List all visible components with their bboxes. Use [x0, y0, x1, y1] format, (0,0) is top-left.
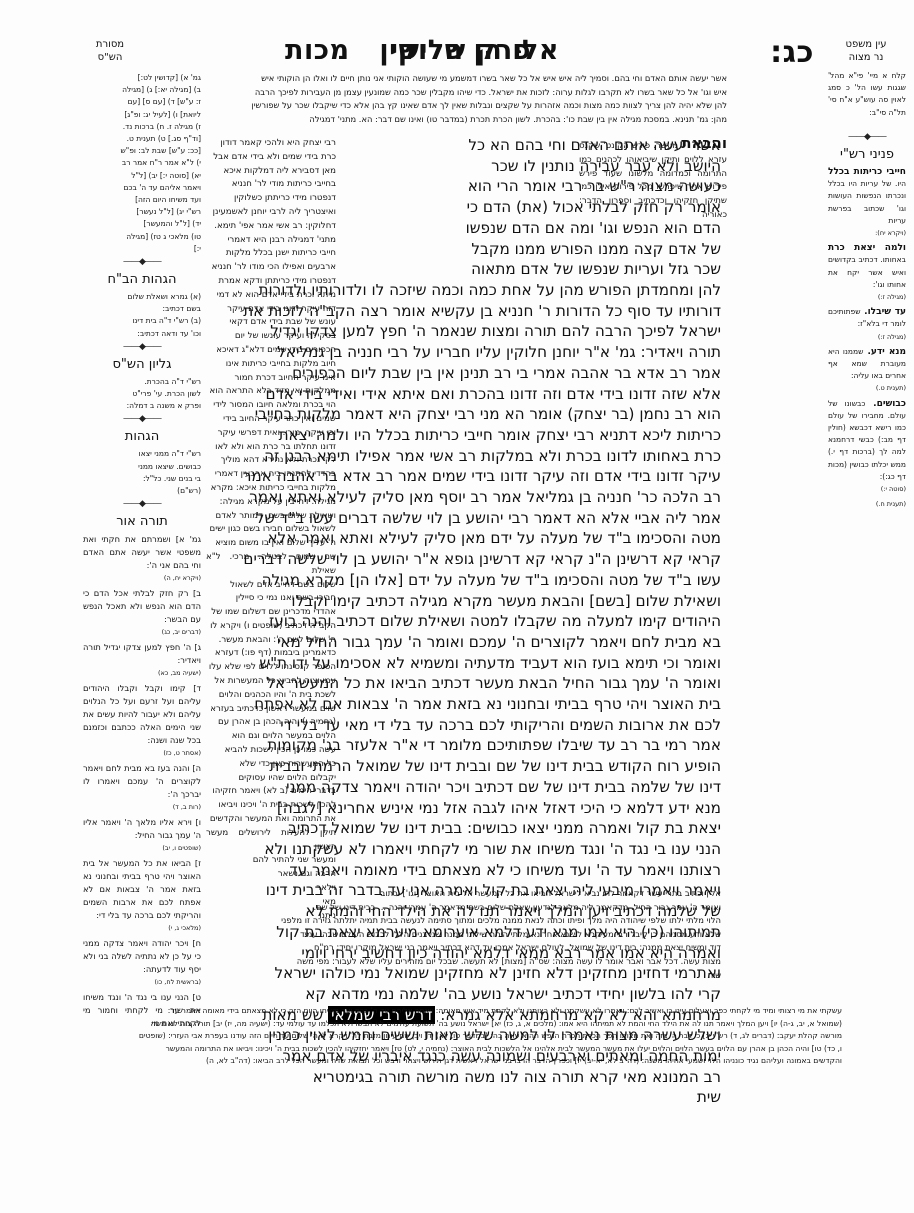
footnotes: עשקתי את מי רצותי ומיד מי לקחתי כפר ואעל…	[82, 1005, 842, 1068]
bottom-commentary-line: מצות עשה. דכל אבר ואבר אומר לו עשה מצוה:…	[207, 955, 721, 969]
hashas-title: הש"ס	[75, 51, 145, 64]
pninei-rashi-title: פניני רש"י	[828, 146, 906, 164]
masoret-line: יד) [ל"ל והמעשר]	[83, 218, 201, 230]
torah-or-entry: ה] והנה בעז בא מבית לחם ויאמר לקוצרים ה'…	[83, 762, 201, 814]
gilyon-line: לשון הכרת. עי' פרי"ט	[83, 388, 201, 400]
masoret-title: מסורת	[75, 38, 145, 51]
verse-reference: (דברים יב, כג)	[83, 626, 201, 639]
entry-reference: (מגילה ז:)	[828, 331, 906, 343]
tosafot-line: מאן דסבירא ליה דמלקות איכא	[206, 165, 336, 179]
torah-or-entry: גמ' א] ושמרתם את חקתי ואת משפטי אשר יעשה…	[83, 533, 201, 585]
gemara-line: דינו של שלמה בבית דינו של שם דכתיב ויכר …	[207, 777, 721, 798]
masoret-line: י) ל"א אמר ר"ח אמר רב	[83, 157, 201, 169]
top-commentary-line: איש וגו' אל כל שאר בשרו לא תקרבו לגלות ע…	[207, 86, 727, 100]
pninei-rashi: פניני רש"י חייבי כריתות בכלל היו. של ערי…	[828, 130, 906, 513]
bottom-commentary-line: אלין וכתיב בתרי עשר דקאמר להו נביא לישרא…	[207, 887, 721, 901]
page-number: כג:	[770, 35, 814, 70]
bottom-commentary-line: הלוי מלתי ילתו שלפי שיהודה היה מלך ופיתו…	[207, 914, 721, 928]
tosafot-line: דנפטרו מידי כריתתן כשלוקין	[206, 192, 336, 206]
bottom-commentary-line: דוד ומשיח יצאת ממנה: בית דינו של שמואל. …	[207, 941, 721, 955]
ornament-divider	[83, 497, 201, 511]
entry-reference: (סוטה י:)	[828, 483, 906, 495]
gemara-line: עשו ב"ד של מטה והסכימו ב"ד של מעלה על יד…	[207, 570, 721, 591]
torah-or-notes: גמ' א] ושמרתם את חקתי ואת משפטי אשר יעשה…	[83, 533, 201, 1030]
ein-mishpat-title: עין משפט	[826, 38, 906, 51]
ein-mishpat-label: עין משפט נר מצוה	[826, 38, 906, 64]
pninei-rashi-entry: עד שיבלו. שפתותיכם לומר די בלא"ז:(מגילה …	[828, 306, 906, 343]
bottom-commentary: אלין וכתיב בתרי עשר דקאמר להו נביא לישרא…	[207, 887, 721, 982]
gemara-line: רב המנונא מאי קרא תורה צוה לנו משה מורשה…	[207, 1067, 721, 1088]
entry-lead: מנא ידע.	[863, 347, 906, 357]
entry-reference: (תענית ח.)	[828, 498, 906, 510]
masoret-line: טו) מלאכי ג טז) [מגילה	[83, 231, 201, 243]
tosafot-line: כרת בידי שמים ולא בידי אדם אבל	[206, 151, 336, 165]
hagahot-notes: רש"י ד"ה ממני יצאוכבושים. שיצאו ממניבי ב…	[83, 448, 201, 497]
gemara-line: לכם את ארובות השמים והריקותי לכם ברכה עד…	[207, 715, 721, 736]
torah-or-title: תורה אור	[83, 513, 201, 531]
gemara-line: אמר רב אדא בר אהבה אמרי בי רב תנינן אין …	[207, 363, 721, 384]
gemara-line: מטה והסכימו ב"ד של מעלה על ידם מאן סליק …	[207, 528, 721, 549]
verse-reference: (ישעיה מב, כא)	[83, 667, 201, 680]
gemara-block-main: להן ומחמדתן הפורש מהן על אחת כמה וכמה שי…	[207, 280, 721, 1108]
tosafot-line: ואיצטריך ליה לרבי יוחנן לאשמעינן	[206, 206, 336, 220]
top-commentary-line: להן שלא יהיה להן צריך לצוות כמה מצות וכמ…	[207, 99, 727, 113]
hagahot-line: רש"י ד"ה ממני יצאו	[83, 448, 201, 460]
footnote-line: והקדשים באמונה ועליהם נגיד כונניהו הלוי …	[82, 1055, 842, 1068]
masoret-line: ויאמר אליהם עד ה' בכם	[83, 182, 201, 194]
torah-or-entry: ז] הביאו את כל המעשר אל בית האוצר ויהי ט…	[83, 857, 201, 935]
gemara-line: הדם הוא הנפש וגו' ומה אם הדם שנפשו	[345, 218, 721, 239]
pninei-rashi-entry: מנא ידע. שממנו היא מעוברת שמא אף אחרים ב…	[828, 346, 906, 395]
hagahot-line: (רש"ם)	[83, 485, 201, 497]
tosafot-line: בחייבי כריתות מודי לר' חנניא	[206, 178, 336, 192]
gemara-line: תורה ויאדיר: גמ' א"ר יוחנן חלוקין עליו ח…	[207, 342, 721, 363]
torah-or-entry: ו] וירא אליו מלאך ה' ויאמר אליו ה' עמך ג…	[83, 816, 201, 855]
entry-lead: עד שיבלו.	[861, 307, 906, 317]
top-commentary: אשר יעשה אותם האדם וחי בהם. וסמיך ליה אי…	[207, 72, 727, 126]
ein-mishpat-note: קלח א מיי' פי"א מהל' שגגות עשו הל' כ סמג…	[828, 70, 906, 119]
masoret-line: ועד משיחו היום הזה]	[83, 194, 201, 206]
masoret-line: ז: ע"ש] ד) [עם ס] [עם	[83, 96, 201, 108]
entry-lead: ולמה יצאת כרת	[828, 243, 906, 253]
entry-reference: (ויקרא יח):	[828, 227, 906, 239]
verse-text: ה] והנה בעז בא מבית לחם ויאמר לקוצרים ה'…	[83, 762, 201, 801]
verse-text: ח] ויכר יהודה ויאמר צדקה ממני כי על כן ל…	[83, 937, 201, 976]
masoret-line: גמ' א) [קדושין לט:]	[83, 72, 201, 84]
gemara-line: אלא שזה זדונו בידי אדם וזה זדונו בהכרת ו…	[207, 384, 721, 405]
gemara-line: הופיע רוח הקודש בבית דינו של שם ובבית די…	[207, 756, 721, 777]
chapter-number: פרק שלישי	[390, 35, 531, 66]
top-commentary-line: אשר יעשה אותם האדם וחי בהם. וסמיך ליה אי…	[207, 72, 727, 86]
gemara-line: רב הלכה כר' חנניה בן גמליאל אמר רב יוסף …	[207, 487, 721, 508]
hagahot-habach-notes: (א) גמרא ושאלת שלוםבשם דכתיב:(ב) רש"י ד"…	[83, 291, 201, 340]
habach-line: וכו' עד ודאה דכתיב:	[83, 328, 201, 340]
verse-text: גמ' א] ושמרתם את חקתי ואת משפטי אשר יעשה…	[83, 533, 201, 572]
tractate-name: מכות	[285, 35, 350, 66]
gemara-line: ישראל לפיכך הרבה להם תורה ומצות שנאמר ה'…	[207, 321, 721, 342]
entry-reference: (תענית ט.)	[828, 382, 906, 394]
masoret-line: ז) מגילה ז. ח) ברכות נד.	[83, 121, 201, 133]
masoret-line: רש"י יג) [ל"ל נעשר]	[83, 206, 201, 218]
gemara-block-top: אשר יעשה אותם האדם וחי בהם הא כלהיושב ול…	[345, 135, 721, 280]
masoret-line: יא) [סוטה י:] יב) [ל"ל	[83, 170, 201, 182]
gemara-line: של אדם קצה ממנו הפורש ממנו מקבל	[345, 239, 721, 260]
footnote-line: מורשה קהלת יעקב: (דברים לג, ד) רש"י יג] …	[82, 1030, 842, 1043]
gilyon-line: ופרק א משנה ב דמלה:	[83, 400, 201, 412]
entry-text: באחותו. דכתיב בקדושים ואיש אשר יקח את אח…	[828, 255, 906, 288]
gemara-line: קראי קא דרשינן ה"נ קראי קא דרשינן גופא א…	[207, 549, 721, 570]
pninei-rashi-entry: (תענית ח.)	[828, 498, 906, 510]
torah-or-entry: ח] ויכר יהודה ויאמר צדקה ממני כי על כן ל…	[83, 937, 201, 989]
gemara-line: ואומר ה' עמך גבור החיל הבאת מעשר דכתיב ה…	[207, 673, 721, 694]
verse-text: ז] הביאו את כל המעשר אל בית האוצר ויהי ט…	[83, 857, 201, 922]
gemara-line: בית האוצר ויהי טרף בביתי ובחנוני נא בזאת…	[207, 694, 721, 715]
torah-or-entry: ב] רק חזק לבלתי אכל הדם כי הדם הוא הנפש …	[83, 587, 201, 639]
verse-reference: (בראשית לח, כו)	[83, 976, 201, 989]
gemara-line: אמר ליה אביי אלא הא דאמר רבי יהושע בן לו…	[207, 508, 721, 529]
gemara-line: שכר גזל ועריות שנפשו של אדם מתאוה	[345, 259, 721, 280]
gemara-line: שית	[207, 1087, 721, 1108]
masoret-hashas-label: מסורת הש"ס	[75, 38, 145, 64]
tosafot-line: דחלוקין: רב אשי אמר אפי' תימא.	[206, 220, 336, 234]
bottom-commentary-line: שית	[207, 969, 721, 983]
gemara-line: קרי להו בלשון יחידי דכתיב ישראל נושע בה'…	[207, 984, 721, 1005]
tosafot-line: מתני' דמגילה רבנן היא דאמרי	[206, 234, 336, 248]
verse-reference: (מלאכי ג, י)	[83, 922, 201, 935]
torah-or-entry: ד] קימו וקבל וקבלו היהודים עליהם ועל זרע…	[83, 682, 201, 760]
gemara-line: יצאת בת קול ואמרה ממני יצאו כבושים: בבית…	[207, 818, 721, 839]
masoret-line: י:]	[83, 243, 201, 255]
tosafot-line: רבי יצחק היא ולהכי קאמר דודון	[206, 137, 336, 151]
hagahot-title: הגהות	[83, 428, 201, 446]
gemara-line: הנני ענו בי נגד ה' ונגד משיחו את שור מי …	[207, 839, 721, 860]
gemara-line: כריתות ליכא דתניא רבי יצחק אומר חייבי כר…	[207, 425, 721, 446]
tosafot-line: חייבי כריתות ישנן בכלל מלקות	[206, 247, 336, 261]
pninei-rashi-entry: כבושים. כבשונו של עולם. מחבירו של עולם כ…	[828, 398, 906, 496]
masoret-line: [ככ: ע"ש] שבת לב: ופ"ש	[83, 145, 201, 157]
gemara-line: רצותנו ויאמר עד ה' ועד משיחו כי לא מצאתם…	[207, 860, 721, 881]
gilyon-hashas-notes: רש"י ד"ה בהכרת.לשון הכרת. עי' פרי"טופרק …	[83, 376, 201, 413]
gilyon-hashas-title: גליון הש"ס	[83, 356, 201, 374]
habach-line: בשם דכתיב:	[83, 303, 201, 315]
gemara-line: הוא רב נחמן (בר יצחק) אומר הא מני רבי יצ…	[207, 404, 721, 425]
verse-reference: (אסתר ט, כז)	[83, 747, 201, 760]
habach-line: (ב) רש"י ד"ה בית דינו	[83, 315, 201, 327]
habach-line: (א) גמרא ושאלת שלום	[83, 291, 201, 303]
masoret-line: ב) [מגילה יא:] ג) [מגילה	[83, 84, 201, 96]
ornament-divider	[83, 412, 201, 426]
gemara-line: אשר יעשה אותם האדם וחי בהם הא כל	[345, 135, 721, 156]
top-commentary-line: מהן: גמ' תנינא. במסכת מגילה אין בין שבת …	[207, 113, 727, 127]
gemara-line: ושאילת שלום [בשם] והבאת מעשר מקרא מגילה …	[207, 591, 721, 612]
masoret-line: [וד"ף סג.] ט) תענית ט.	[83, 133, 201, 145]
pninei-rashi-entry: ולמה יצאת כרת באחותו. דכתיב בקדושים ואיש…	[828, 242, 906, 303]
verse-text: ג] ה' חפץ למען צדקו יגדיל תורה ויאדיר:	[83, 641, 201, 667]
hagahot-line: כבושים. שיצאו ממני	[83, 461, 201, 473]
verse-reference: (שופטים ו, יב)	[83, 842, 201, 855]
ornament-divider	[828, 130, 906, 144]
entry-reference: (מגילה ז:)	[828, 291, 906, 303]
ner-mitzva-title: נר מצוה	[826, 51, 906, 64]
gemara-line: עיקר זדונו בידי אדם וזה עיקר זדונו בידי …	[207, 466, 721, 487]
footnote-line: עשקתי את מי רצותי ומיד מי לקחתי כפר ואעל…	[82, 1005, 842, 1018]
tosafot-line: ארבעים ואפילו הכי מודו לר' חנניא	[206, 261, 336, 275]
verse-text: ו] וירא אליו מלאך ה' ויאמר אליו ה' עמך ג…	[83, 816, 201, 842]
hagahot-habach-title: הגהות הב"ח	[83, 271, 201, 289]
gemara-line: אמר רמי בר רב עד שיבלו שפתותיכם מלומר די…	[207, 735, 721, 756]
bottom-commentary-line: ואומר ה' עמך גבור החיל. מדקאמר ליה מלאך …	[207, 901, 721, 915]
footnote-line: (שמואל א, יב, ג-ה) יו] ויען המלך ויאמר ת…	[82, 1018, 842, 1031]
left-margin: גמ' א) [קדושין לט:]ב) [מגילה יא:] ג) [מג…	[83, 72, 201, 1032]
hagahot-line: בי בנים שני. כל"ל:	[83, 473, 201, 485]
masoret-line: ליואת] ו) [לעיל יג: ופ"ג]	[83, 109, 201, 121]
gemara-line: דורותיו עד סוף כל הדורות ר' חנניא בן עקש…	[207, 301, 721, 322]
ornament-divider	[83, 340, 201, 354]
entry-text: כבשונו של עולם. מחבירו של עולם כמו רישא …	[828, 399, 906, 481]
verse-text: ב] רק חזק לבלתי אכל הדם כי הדם הוא הנפש …	[83, 587, 201, 626]
gemara-line: כרת באחותו לדונו בכרת ולא במלקות רב אשי …	[207, 446, 721, 467]
gemara-line: להן ומחמדתן הפורש מהן על אחת כמה וכמה שי…	[207, 280, 721, 301]
pninei-rashi-entry: חייבי כריתות בכלל היו. של עריות היו בכלל…	[828, 166, 906, 239]
gemara-line: כעושה מצוה ר"ש בר רבי אומר הרי הוא	[345, 176, 721, 197]
gemara-line: ואומר וכי תימא בועז הוא דעביד מדעתיה ומש…	[207, 653, 721, 674]
gemara-line: בא מבית לחם ויאמר לקוצרים ה' עמכם ואומר …	[207, 632, 721, 653]
verse-reference: (רות ב, ד)	[83, 801, 201, 814]
verse-reference: (ויקרא יח, ה)	[83, 572, 201, 585]
gemara-line: אומר רק חזק לבלתי אכול (את) הדם כי	[345, 197, 721, 218]
bottom-commentary-line: שלא ודע מסניהם כן קיבל רבי מעיקרא לישנא …	[207, 928, 721, 942]
entry-lead: כבושים.	[865, 399, 906, 409]
gemara-line: היהודים קימו למעלה מה שקבלו למטה ושאילת …	[207, 611, 721, 632]
ornament-divider	[83, 255, 201, 269]
gemara-line: מנא ידע דלמא כי היכי דאזל איהו לגבה אזל …	[207, 798, 721, 819]
torah-or-entry: ג] ה' חפץ למען צדקו יגדיל תורה ויאדיר:(י…	[83, 641, 201, 680]
entry-text: היו. של עריות היו בכלל ונכרתו הנפשות העו…	[828, 179, 906, 225]
gilyon-line: רש"י ד"ה בהכרת.	[83, 376, 201, 388]
masoret-hashas-notes: גמ' א) [קדושין לט:]ב) [מגילה יא:] ג) [מג…	[83, 72, 201, 255]
gemara-line: היושב ולא עבר עבירה נותנין לו שכר	[345, 156, 721, 177]
verse-text: ד] קימו וקבל וקבלו היהודים עליהם ועל זרע…	[83, 682, 201, 747]
footnote-line: ו, כד) טו] והיה הכהן בן אהרן עם הלוים בע…	[82, 1043, 842, 1056]
entry-lead: חייבי כריתות בכלל	[828, 167, 906, 177]
